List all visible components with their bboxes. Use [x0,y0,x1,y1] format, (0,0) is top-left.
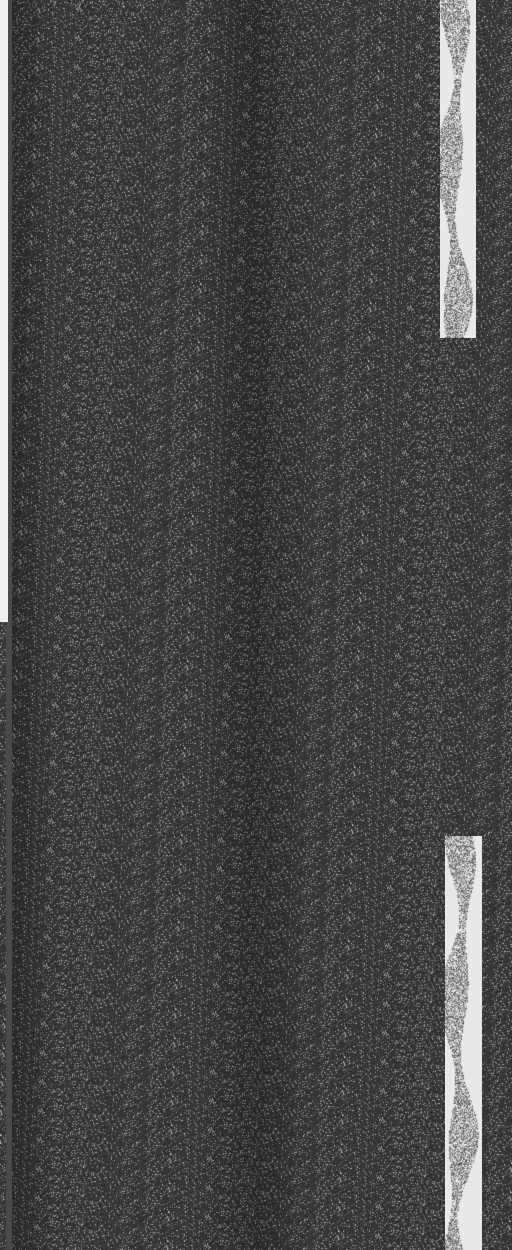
road-photo [0,0,512,1250]
marking-wear [445,836,482,1250]
lane-dash-marking [445,836,482,1250]
marking-wear [440,0,476,338]
lane-dash-marking [440,0,476,338]
edge-line-marking [0,0,8,622]
asphalt-texture [0,0,512,1250]
